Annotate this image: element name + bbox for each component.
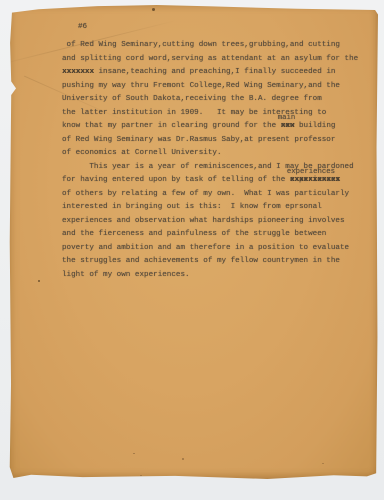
text-line: of Red Wing Seminary was Dr.Rasmus Saby,… [62,134,370,148]
text-line: pushing my way thru Fremont College,Red … [62,80,370,94]
line-text: for having entered upon by task of telli… [62,176,290,184]
line-text: and splitting cord word,serving as atten… [62,55,358,63]
page-number: #6 [78,23,87,31]
text-line: the latter institution in 1909. It may b… [62,107,370,121]
line-text: of Red Wing Seminary,cutting down trees,… [62,41,340,49]
line-text: pushing my way thru Fremont College,Red … [62,82,340,90]
text-line: xxxxxxx insane,teaching and preaching,I … [62,66,370,80]
line-text: University of South Dakota,receiving the… [62,95,322,103]
paper-sheet: #6 of Red Wing Seminary,cutting down tre… [9,5,378,479]
text-line: know that my partner in clearing ground … [62,120,370,134]
line-text: interested in bringing out is this: I kn… [62,203,322,211]
text-line: of economics at Cornell University. [62,147,370,161]
text-line: experiences and observation what hardshi… [62,215,370,229]
inserted-word-above: main [278,112,296,126]
paper-speck [182,458,184,460]
text-line: of others by relating a few of my own. W… [62,188,370,202]
document-body: of Red Wing Seminary,cutting down trees,… [62,39,370,282]
struck-out-word: xxxxxxx [62,68,94,76]
text-line: light of my own experiences. [62,269,370,283]
paper-speck [140,475,142,476]
paper-speck [322,463,324,464]
scan-background: #6 of Red Wing Seminary,cutting down tre… [0,0,384,500]
text-line: the struggles and achievements of my fel… [62,255,370,269]
text-line: for having entered upon by task of telli… [62,174,370,188]
text-line: interested in bringing out is this: I kn… [62,201,370,215]
line-text: of economics at Cornell University. [62,149,222,157]
text-line: and the fierceness and painfulness of th… [62,228,370,242]
text-line: University of South Dakota,receiving the… [62,93,370,107]
line-text: and the fierceness and painfulness of th… [62,230,326,238]
line-text: light of my own experiences. [62,271,190,279]
text-line: and splitting cord word,serving as atten… [62,53,370,67]
paper-speck [152,8,155,11]
line-text: know that my partner in clearing ground … [62,122,281,130]
line-text: the struggles and achievements of my fel… [62,257,340,265]
line-text: poverty and ambition and am therefore in… [62,244,349,252]
overtyped-correction: newxxxmain [281,120,295,134]
line-text: experiences and observation what hardshi… [62,217,345,225]
line-text: insane,teaching and preaching,I finally … [94,68,336,76]
line-text: of Red Wing Seminary was Dr.Rasmus Saby,… [62,136,335,144]
overtyped-correction: experiencesxxxxxxxxxxxexperiences [290,174,340,188]
line-text: building [294,122,335,130]
line-text: of others by relating a few of my own. W… [62,190,349,198]
paper-speck [38,280,40,282]
text-line: poverty and ambition and am therefore in… [62,242,370,256]
inserted-word-above: experiences [287,166,335,180]
text-line: of Red Wing Seminary,cutting down trees,… [62,39,370,53]
paper-speck [133,453,135,454]
